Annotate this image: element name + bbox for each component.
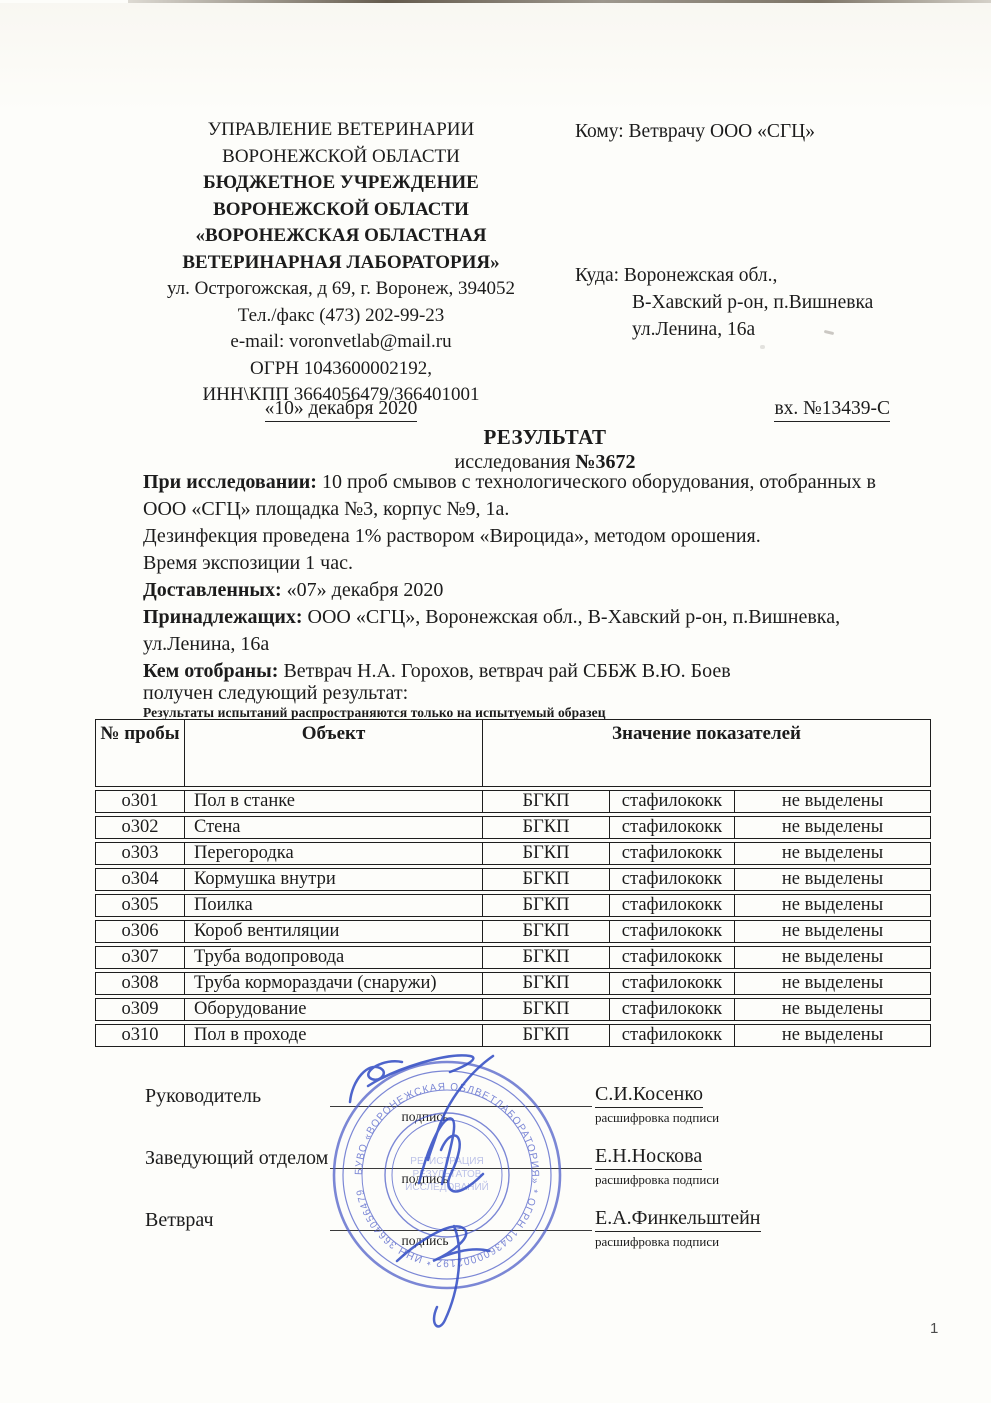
result-cell: не выделены [735, 868, 931, 891]
sample-id-cell: о309 [95, 998, 185, 1021]
signature-role-label: Руководитель [145, 1085, 261, 1108]
table-row: о309 Оборудование БГКП стафилококк не вы… [95, 998, 931, 1021]
signatory-name-caption: расшифровка подписи [595, 1110, 719, 1126]
table-row: о304 Кормушка внутри БГКП стафилококк не… [95, 868, 931, 891]
object-cell: Кормушка внутри [185, 868, 483, 891]
object-cell: Труба водопровода [185, 946, 483, 969]
org-email: e-mail: voronvetlab@mail.ru [138, 329, 544, 356]
sample-id-cell: о307 [95, 946, 185, 969]
paragraph-owner: Принадлежащих: ООО «СГЦ», Воронежская об… [143, 604, 896, 658]
object-cell: Пол в станке [185, 790, 483, 813]
result-cell: не выделены [735, 998, 931, 1021]
object-cell: Пол в проходе [185, 1024, 483, 1047]
object-cell: Оборудование [185, 998, 483, 1021]
recipient-to: Кому: Ветврачу ООО «СГЦ» [575, 118, 991, 145]
org-phone: Тел./факс (473) 202-99-23 [138, 303, 544, 330]
recipient-address: Куда: Воронежская обл., В-Хавский р-он, … [575, 262, 991, 343]
signature-line [330, 1168, 592, 1169]
sample-id-cell: о308 [95, 972, 185, 995]
signature-role-label: Заведующий отделом [145, 1147, 328, 1170]
sample-id-cell: о310 [95, 1024, 185, 1047]
document-date: «10» декабря 2020 [140, 398, 542, 422]
signature-row: Заведующий отделом подпись Е.Н.Носкова р… [145, 1147, 905, 1209]
result-cell: не выделены [735, 790, 931, 813]
indicator-bgkp-cell: БГКП [483, 972, 610, 995]
indicator-bgkp-cell: БГКП [483, 998, 610, 1021]
table-row: о303 Перегородка БГКП стафилококк не выд… [95, 842, 931, 865]
object-cell: Перегородка [185, 842, 483, 865]
signatory-name-caption: расшифровка подписи [595, 1172, 719, 1188]
paper-shading [0, 3, 991, 113]
indicator-staph-cell: стафилококк [610, 998, 735, 1021]
page-number: 1 [930, 1320, 938, 1337]
signatory-name-caption: расшифровка подписи [595, 1234, 719, 1250]
sample-id-cell: о306 [95, 920, 185, 943]
indicator-bgkp-cell: БГКП [483, 868, 610, 891]
signature-row: Ветврач подпись Е.А.Финкельштейн расшифр… [145, 1209, 905, 1271]
org-name-line: БЮДЖЕТНОЕ УЧРЕЖДЕНИЕ [138, 170, 544, 197]
indicator-staph-cell: стафилококк [610, 894, 735, 917]
signature-line-caption: подпись [340, 1233, 510, 1249]
org-name-line: ВОРОНЕЖСКОЙ ОБЛАСТИ [138, 197, 544, 224]
org-name-line: «ВОРОНЕЖСКАЯ ОБЛАСТНАЯ [138, 223, 544, 250]
indicator-bgkp-cell: БГКП [483, 894, 610, 917]
table-row: о308 Труба кормораздачи (снаружи) БГКП с… [95, 972, 931, 995]
object-cell: Короб вентиляции [185, 920, 483, 943]
org-name-line: ВЕТЕРИНАРНАЯ ЛАБОРАТОРИЯ» [138, 250, 544, 277]
result-cell: не выделены [735, 842, 931, 865]
table-row: о307 Труба водопровода БГКП стафилококк … [95, 946, 931, 969]
result-cell: не выделены [735, 972, 931, 995]
recipient-address-line: Куда: Воронежская обл., [575, 262, 991, 289]
sample-id-cell: о305 [95, 894, 185, 917]
object-cell: Труба кормораздачи (снаружи) [185, 972, 483, 995]
recipient-address-line: В-Хавский р-он, п.Вишневка [575, 289, 991, 316]
table-row: о302 Стена БГКП стафилококк не выделены [95, 816, 931, 839]
results-table: № пробы Объект Значение показателей о301… [95, 716, 931, 1050]
signature-line-caption: подпись [340, 1109, 510, 1125]
paragraph-lead: Кем отобраны: [143, 660, 278, 682]
signature-row: Руководитель подпись С.И.Косенко расшифр… [145, 1085, 905, 1147]
org-ogrn: ОГРН 1043600002192, [138, 356, 544, 383]
table-row: о306 Короб вентиляции БГКП стафилококк н… [95, 920, 931, 943]
signature-block: Руководитель подпись С.И.Косенко расшифр… [145, 1085, 905, 1271]
indicator-bgkp-cell: БГКП [483, 920, 610, 943]
paragraph-exposure: Время экспозиции 1 час. [143, 550, 896, 577]
sample-id-cell: о304 [95, 868, 185, 891]
result-cell: не выделены [735, 1024, 931, 1047]
signature-line-caption: подпись [340, 1171, 510, 1187]
paragraph-text: Время экспозиции 1 час. [143, 552, 353, 574]
signatory-name: Е.А.Финкельштейн [595, 1207, 761, 1232]
indicator-staph-cell: стафилококк [610, 868, 735, 891]
header-object: Объект [185, 719, 483, 787]
scan-speck [760, 345, 765, 349]
scanned-document-page: УПРАВЛЕНИЕ ВЕТЕРИНАРИИ ВОРОНЕЖСКОЙ ОБЛАС… [0, 0, 991, 1403]
org-address: ул. Острогожская, д 69, г. Воронеж, 3940… [138, 276, 544, 303]
result-cell: не выделены [735, 946, 931, 969]
table-header-row: № пробы Объект Значение показателей [95, 719, 931, 787]
paragraph-delivered: Доставленных: «07» декабря 2020 [143, 577, 896, 604]
table-row: о305 Поилка БГКП стафилококк не выделены [95, 894, 931, 917]
document-title: РЕЗУЛЬТАТ [140, 425, 950, 450]
indicator-bgkp-cell: БГКП [483, 946, 610, 969]
signature-role-label: Ветврач [145, 1209, 214, 1232]
paragraph-lead: Доставленных: [143, 579, 282, 601]
paragraph-text: Ветврач Н.А. Горохов, ветврач рай СББЖ В… [278, 660, 730, 682]
recipient-block: Кому: Ветврачу ООО «СГЦ» Куда: Воронежск… [575, 118, 991, 343]
paragraph-lead: При исследовании: [143, 471, 317, 493]
signature-line [330, 1106, 592, 1107]
object-cell: Поилка [185, 894, 483, 917]
paragraph-text: Дезинфекция проведена 1% раствором «Виро… [143, 525, 761, 547]
result-cell: не выделены [735, 894, 931, 917]
signature-line [330, 1230, 592, 1231]
indicator-staph-cell: стафилококк [610, 946, 735, 969]
sample-id-cell: о303 [95, 842, 185, 865]
header-indicator-values: Значение показателей [483, 719, 931, 787]
indicator-staph-cell: стафилококк [610, 920, 735, 943]
header-sample-number: № пробы [95, 719, 185, 787]
incoming-number: вх. №13439-С [774, 398, 890, 422]
indicator-bgkp-cell: БГКП [483, 816, 610, 839]
paragraph-text: «07» декабря 2020 [282, 579, 444, 601]
sample-id-cell: о302 [95, 816, 185, 839]
paragraph-disinfection: Дезинфекция проведена 1% раствором «Виро… [143, 523, 896, 550]
sample-id-cell: о301 [95, 790, 185, 813]
indicator-staph-cell: стафилококк [610, 972, 735, 995]
indicator-bgkp-cell: БГКП [483, 1024, 610, 1047]
recipient-address-line: ул.Ленина, 16а [575, 316, 991, 343]
org-name-line: УПРАВЛЕНИЕ ВЕТЕРИНАРИИ [138, 117, 544, 144]
indicator-staph-cell: стафилококк [610, 816, 735, 839]
table-row: о301 Пол в станке БГКП стафилококк не вы… [95, 790, 931, 813]
paragraph-sampled-by: Кем отобраны: Ветврач Н.А. Горохов, ветв… [143, 658, 896, 685]
result-intro-line: получен следующий результат: [143, 682, 408, 705]
indicator-staph-cell: стафилококк [610, 842, 735, 865]
result-cell: не выделены [735, 816, 931, 839]
indicator-staph-cell: стафилококк [610, 1024, 735, 1047]
indicator-staph-cell: стафилококк [610, 790, 735, 813]
org-header-block: УПРАВЛЕНИЕ ВЕТЕРИНАРИИ ВОРОНЕЖСКОЙ ОБЛАС… [138, 117, 544, 409]
paragraph-study: При исследовании: 10 проб смывов с техно… [143, 469, 896, 523]
org-name-line: ВОРОНЕЖСКОЙ ОБЛАСТИ [138, 144, 544, 171]
object-cell: Стена [185, 816, 483, 839]
indicator-bgkp-cell: БГКП [483, 790, 610, 813]
signatory-name: Е.Н.Носкова [595, 1145, 702, 1170]
paragraph-lead: Принадлежащих: [143, 606, 303, 628]
table-row: о310 Пол в проходе БГКП стафилококк не в… [95, 1024, 931, 1047]
result-cell: не выделены [735, 920, 931, 943]
indicator-bgkp-cell: БГКП [483, 842, 610, 865]
document-body: При исследовании: 10 проб смывов с техно… [143, 469, 896, 685]
signatory-name: С.И.Косенко [595, 1083, 703, 1108]
